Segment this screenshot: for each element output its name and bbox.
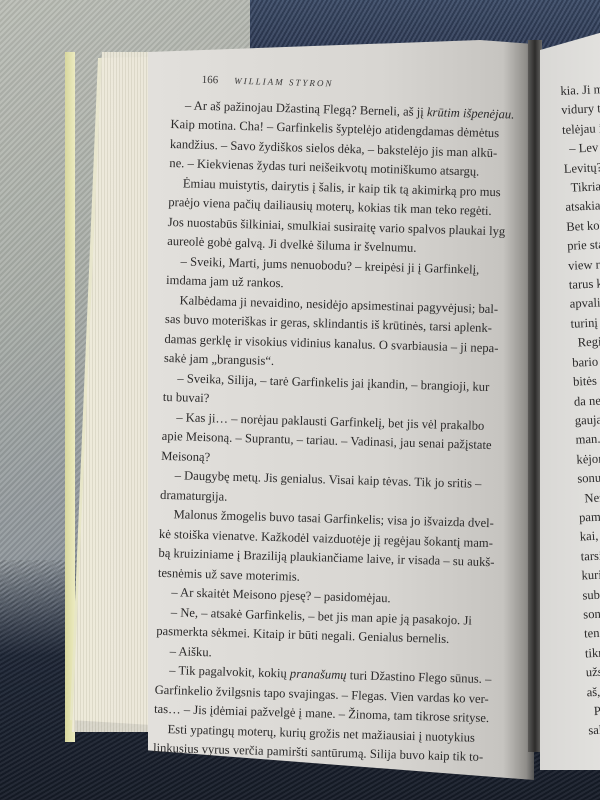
text-line: turinį k xyxy=(570,312,600,334)
text-line: sakym xyxy=(588,719,600,741)
text-line: gaujanč xyxy=(574,409,600,431)
text-line: kurios xyxy=(581,564,600,586)
text-line: sonui, xyxy=(577,467,600,489)
text-line: Regi xyxy=(571,331,600,353)
book-gutter xyxy=(528,40,542,752)
text-line: aš, ir xyxy=(586,680,600,702)
text-line: kėjome xyxy=(576,448,600,470)
text-line: bario k xyxy=(572,351,600,373)
text-line: tarsi k xyxy=(580,545,600,567)
text-line: da nega xyxy=(574,390,600,412)
text-line: tikriau xyxy=(585,642,600,664)
left-page-lines: – Ar aš pažinojau Džastiną Flegą? Bernel… xyxy=(153,95,515,767)
text-line: prie sta xyxy=(567,234,600,256)
text-line: kia. Ji m xyxy=(560,79,600,101)
text-line: atsakiau xyxy=(565,196,600,218)
text-line: – Lev xyxy=(563,138,600,160)
text-line: bitės ap xyxy=(573,370,600,392)
text-line: kai, bl xyxy=(579,525,600,547)
text-line: subrer xyxy=(582,583,600,605)
text-line: sonas xyxy=(583,603,600,625)
text-line: ten už xyxy=(584,622,600,644)
page-number: 166 xyxy=(201,71,218,91)
running-head-author: WILLIAM STYRON xyxy=(234,72,334,94)
text-line: Pas xyxy=(587,700,600,722)
text-line: telėjau ir xyxy=(562,118,600,140)
text-line: apvalias xyxy=(569,293,600,315)
text-line: view red xyxy=(568,254,600,276)
text-line: Než xyxy=(578,487,600,509)
left-page-text: 166 WILLIAM STYRON – Ar aš pažinojau Dža… xyxy=(153,70,516,768)
text-line: vidury tr xyxy=(561,99,600,121)
text-line: tarus k xyxy=(568,273,600,295)
text-line: Tikria xyxy=(564,176,600,198)
text-line: pamiši xyxy=(579,506,600,528)
text-line: man. K xyxy=(575,428,600,450)
text-line: Bet kol xyxy=(566,215,600,237)
text-line: užsiim xyxy=(585,661,600,683)
text-line: Levitų? xyxy=(563,157,600,179)
